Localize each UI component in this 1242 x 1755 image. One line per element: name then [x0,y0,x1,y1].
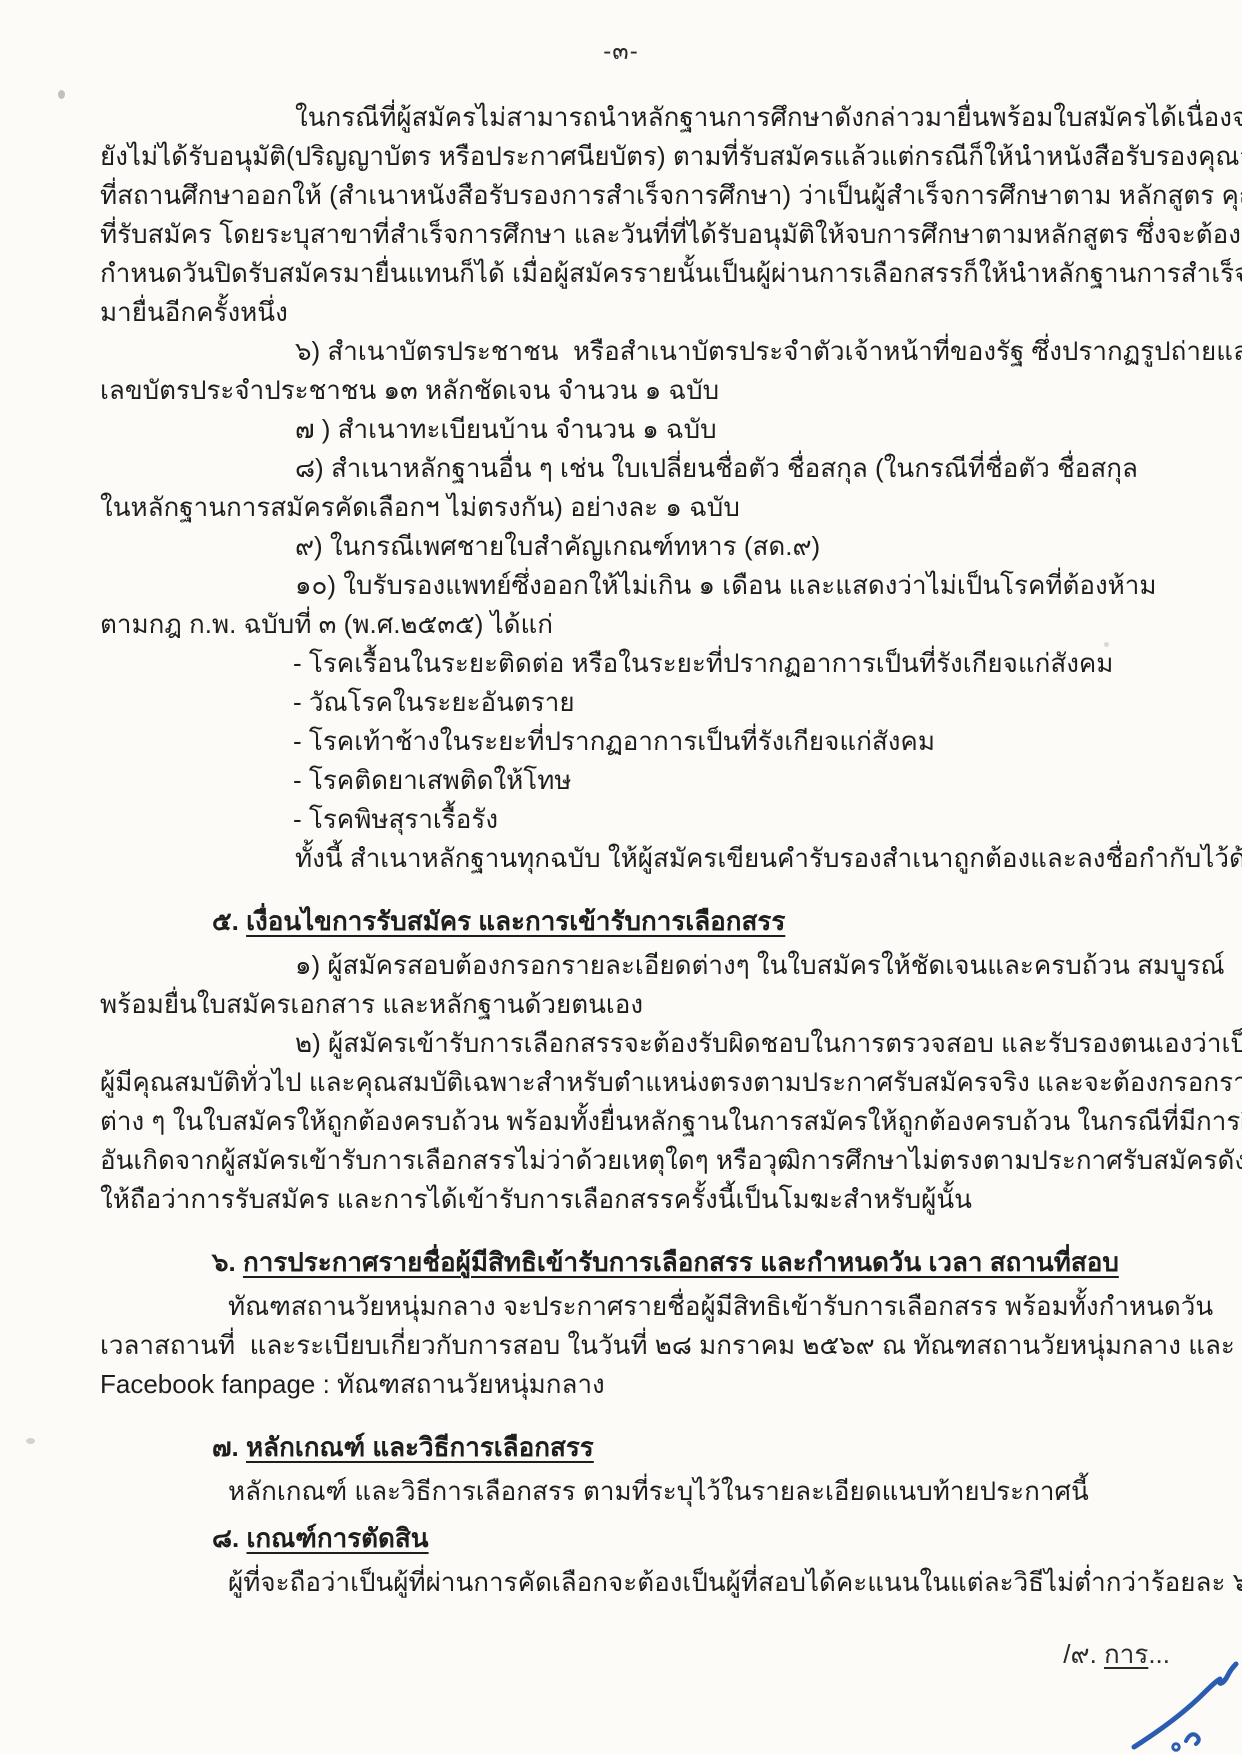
section-heading: ๘. เกณฑ์การตัดสิน [100,1519,1178,1558]
text-line: ทั้งนี้ สำเนาหลักฐานทุกฉบับ ให้ผู้สมัครเ… [100,839,1178,878]
text-line: พร้อมยื่นใบสมัครเอกสาร และหลักฐานด้วยตนเ… [100,985,1178,1024]
text-line: มายื่นอีกครั้งหนึ่ง [100,293,1178,332]
section-heading: ๕. เงื่อนไขการรับสมัคร และการเข้ารับการเ… [100,902,1178,941]
section-number: ๕. [212,906,246,936]
text-line: ยังไม่ได้รับอนุมัติ(ปริญญาบัตร หรือประกา… [100,137,1178,176]
text-line: ให้ถือว่าการรับสมัคร และการได้เข้ารับการ… [100,1180,1178,1219]
scan-speck [26,1438,35,1444]
page-number: -๓- [0,0,1242,66]
section-title: หลักเกณฑ์ และวิธีการเลือกสรร [246,1432,594,1462]
scanned-document-page: -๓- ในกรณีที่ผู้สมัครไม่สามารถนำหลักฐานก… [0,0,1242,1755]
section-number: ๗. [212,1432,246,1462]
text-line: ต่าง ๆ ในใบสมัครให้ถูกต้องครบถ้วน พร้อมท… [100,1102,1178,1141]
text-line: ในหลักฐานการสมัครคัดเลือกฯ ไม่ตรงกัน) อย… [100,488,1178,527]
document-body: ในกรณีที่ผู้สมัครไม่สามารถนำหลักฐานการศึ… [100,98,1178,1602]
text-line: ผู้ที่จะถือว่าเป็นผู้ที่ผ่านการคัดเลือกจ… [100,1563,1178,1602]
scan-speck [1104,642,1109,647]
text-line: - โรคพิษสุราเรื้อรัง [100,800,1178,839]
text-line: ๑) ผู้สมัครสอบต้องกรอกรายละเอียดต่างๆ ใน… [100,946,1178,985]
text-line: เวลาสถานที่ และระเบียบเกี่ยวกับการสอบ ใน… [100,1326,1178,1365]
text-line: - วัณโรคในระยะอันตราย [100,683,1178,722]
section-title: เงื่อนไขการรับสมัคร และการเข้ารับการเลือ… [246,906,785,936]
scan-speck [58,90,65,99]
text-line: ๒) ผู้สมัครเข้ารับการเลือกสรรจะต้องรับผิ… [100,1024,1178,1063]
text-line: ผู้มีคุณสมบัติทั่วไป และคุณสมบัติเฉพาะสำ… [100,1063,1178,1102]
text-line: ที่สถานศึกษาออกให้ (สำเนาหนังสือรับรองกา… [100,176,1178,215]
continuation-prefix: /๙. [1063,1639,1104,1669]
text-line: ในกรณีที่ผู้สมัครไม่สามารถนำหลักฐานการศึ… [100,98,1178,137]
text-line: ตามกฎ ก.พ. ฉบับที่ ๓ (พ.ศ.๒๕๓๕) ได้แก่ [100,605,1178,644]
text-line: - โรคเท้าช้างในระยะที่ปรากฏอาการเป็นที่ร… [100,722,1178,761]
text-line: หลักเกณฑ์ และวิธีการเลือกสรร ตามที่ระบุไ… [100,1472,1178,1511]
text-line: ๗ ) สำเนาทะเบียนบ้าน จำนวน ๑ ฉบับ [100,410,1178,449]
text-line: เลขบัตรประจำประชาชน ๑๓ หลักชัดเจน จำนวน … [100,371,1178,410]
text-line: - โรคเรื้อนในระยะติดต่อ หรือในระยะที่ปรา… [100,644,1178,683]
section-title: การประกาศรายชื่อผู้มีสิทธิเข้ารับการเลือ… [243,1247,1119,1277]
text-line: ๖) สำเนาบัตรประชาชน หรือสำเนาบัตรประจำตั… [100,332,1178,371]
text-line: อันเกิดจากผู้สมัครเข้ารับการเลือกสรรไม่ว… [100,1141,1178,1180]
text-line: ที่รับสมัคร โดยระบุสาขาที่สำเร็จการศึกษา… [100,215,1178,254]
text-line: Facebook fanpage : ทัณฑสถานวัยหนุ่มกลาง [100,1365,1178,1404]
text-line: ทัณฑสถานวัยหนุ่มกลาง จะประกาศรายชื่อผู้ม… [100,1287,1178,1326]
text-line: ๘) สำเนาหลักฐานอื่น ๆ เช่น ใบเปลี่ยนชื่อ… [100,449,1178,488]
signature-ink-icon [1130,1657,1242,1755]
section-number: ๘. [212,1523,247,1553]
section-number: ๖. [212,1247,243,1277]
text-line: - โรคติดยาเสพติดให้โทษ [100,761,1178,800]
section-heading: ๖. การประกาศรายชื่อผู้มีสิทธิเข้ารับการเ… [100,1243,1178,1282]
section-heading: ๗. หลักเกณฑ์ และวิธีการเลือกสรร [100,1428,1178,1467]
text-line: ๑๐) ใบรับรองแพทย์ซึ่งออกให้ไม่เกิน ๑ เดื… [100,566,1178,605]
section-title: เกณฑ์การตัดสิน [247,1523,429,1553]
text-line: ๙) ในกรณีเพศชายใบสำคัญเกณฑ์ทหาร (สด.๙) [100,527,1178,566]
text-line: กำหนดวันปิดรับสมัครมายื่นแทนก็ได้ เมื่อผ… [100,254,1178,293]
